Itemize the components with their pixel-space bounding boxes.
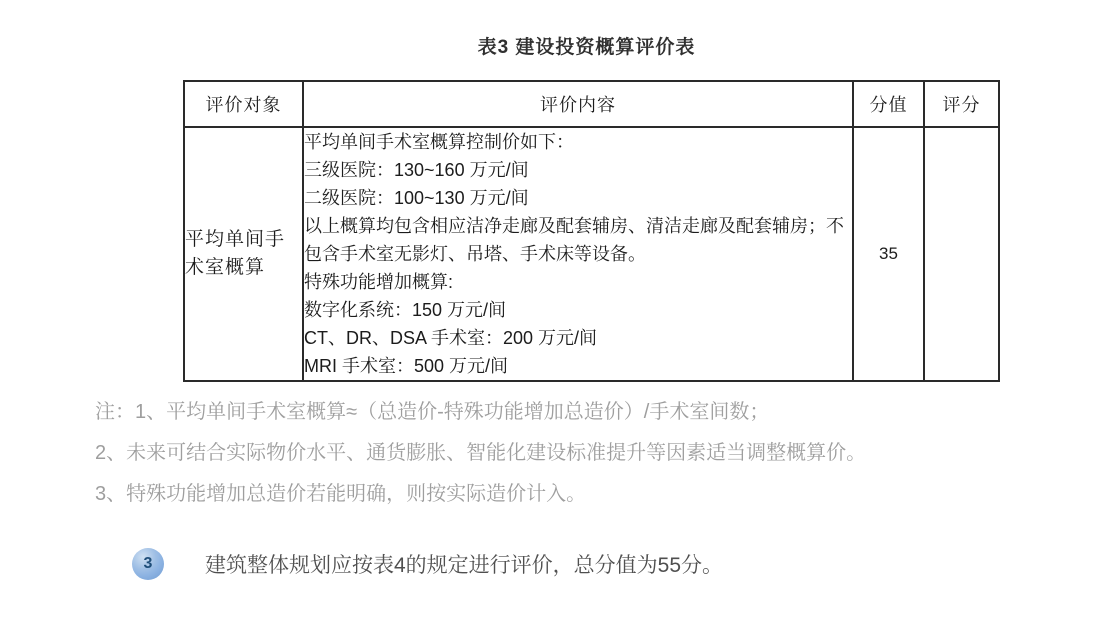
table-title: 表3 建设投资概算评价表 <box>183 32 990 59</box>
header-evaluation-object: 评价对象 <box>184 81 303 127</box>
table-row: 平均单间手术室概算 平均单间手术室概算控制价如下： 三级医院：130~160 万… <box>184 127 999 381</box>
content-line: 特殊功能增加概算: <box>304 268 852 296</box>
evaluation-object-cell: 平均单间手术室概算 <box>184 127 303 381</box>
content-line: 以上概算均包含相应洁净走廊及配套辅房、清洁走廊及配套辅房；不包含手术室无影灯、吊… <box>304 212 852 268</box>
document-page: { "page": { "title": "表3 建设投资概算评价表" }, "… <box>0 0 1100 619</box>
content-line: 三级医院：130~160 万元/间 <box>304 156 852 184</box>
content-line: CT、DR、DSA 手术室：200 万元/间 <box>304 324 852 352</box>
notes-block: 注：1、平均单间手术室概算≈（总造价-特殊功能增加总造价）/手术室间数； 2、未… <box>95 392 1015 515</box>
bullet-number: 3 <box>144 555 153 573</box>
header-score-value: 分值 <box>853 81 924 127</box>
table-header-row: 评价对象 评价内容 分值 评分 <box>184 81 999 127</box>
note-line-3: 3、特殊功能增加总造价若能明确，则按实际造价计入。 <box>95 474 1015 515</box>
note-line-2: 2、未来可结合实际物价水平、通货膨胀、智能化建设标准提升等因素适当调整概算价。 <box>95 433 1015 474</box>
section-heading: 3 建筑整体规划应按表4的规定进行评价，总分值为55分。 <box>132 548 723 580</box>
header-rating: 评分 <box>924 81 999 127</box>
score-value-cell: 35 <box>853 127 924 381</box>
note-line-1: 注：1、平均单间手术室概算≈（总造价-特殊功能增加总造价）/手术室间数； <box>95 392 1015 433</box>
content-line: MRI 手术室：500 万元/间 <box>304 352 852 380</box>
numbered-bullet-icon: 3 <box>132 548 164 580</box>
section-text: 建筑整体规划应按表4的规定进行评价，总分值为55分。 <box>205 549 723 579</box>
content-line: 二级医院：100~130 万元/间 <box>304 184 852 212</box>
content-line: 平均单间手术室概算控制价如下： <box>304 128 852 156</box>
content-line: 数字化系统：150 万元/间 <box>304 296 852 324</box>
rating-cell <box>924 127 999 381</box>
evaluation-table: 评价对象 评价内容 分值 评分 平均单间手术室概算 平均单间手术室概算控制价如下… <box>183 80 1000 382</box>
header-evaluation-content: 评价内容 <box>303 81 853 127</box>
evaluation-content-cell: 平均单间手术室概算控制价如下： 三级医院：130~160 万元/间 二级医院：1… <box>303 127 853 381</box>
